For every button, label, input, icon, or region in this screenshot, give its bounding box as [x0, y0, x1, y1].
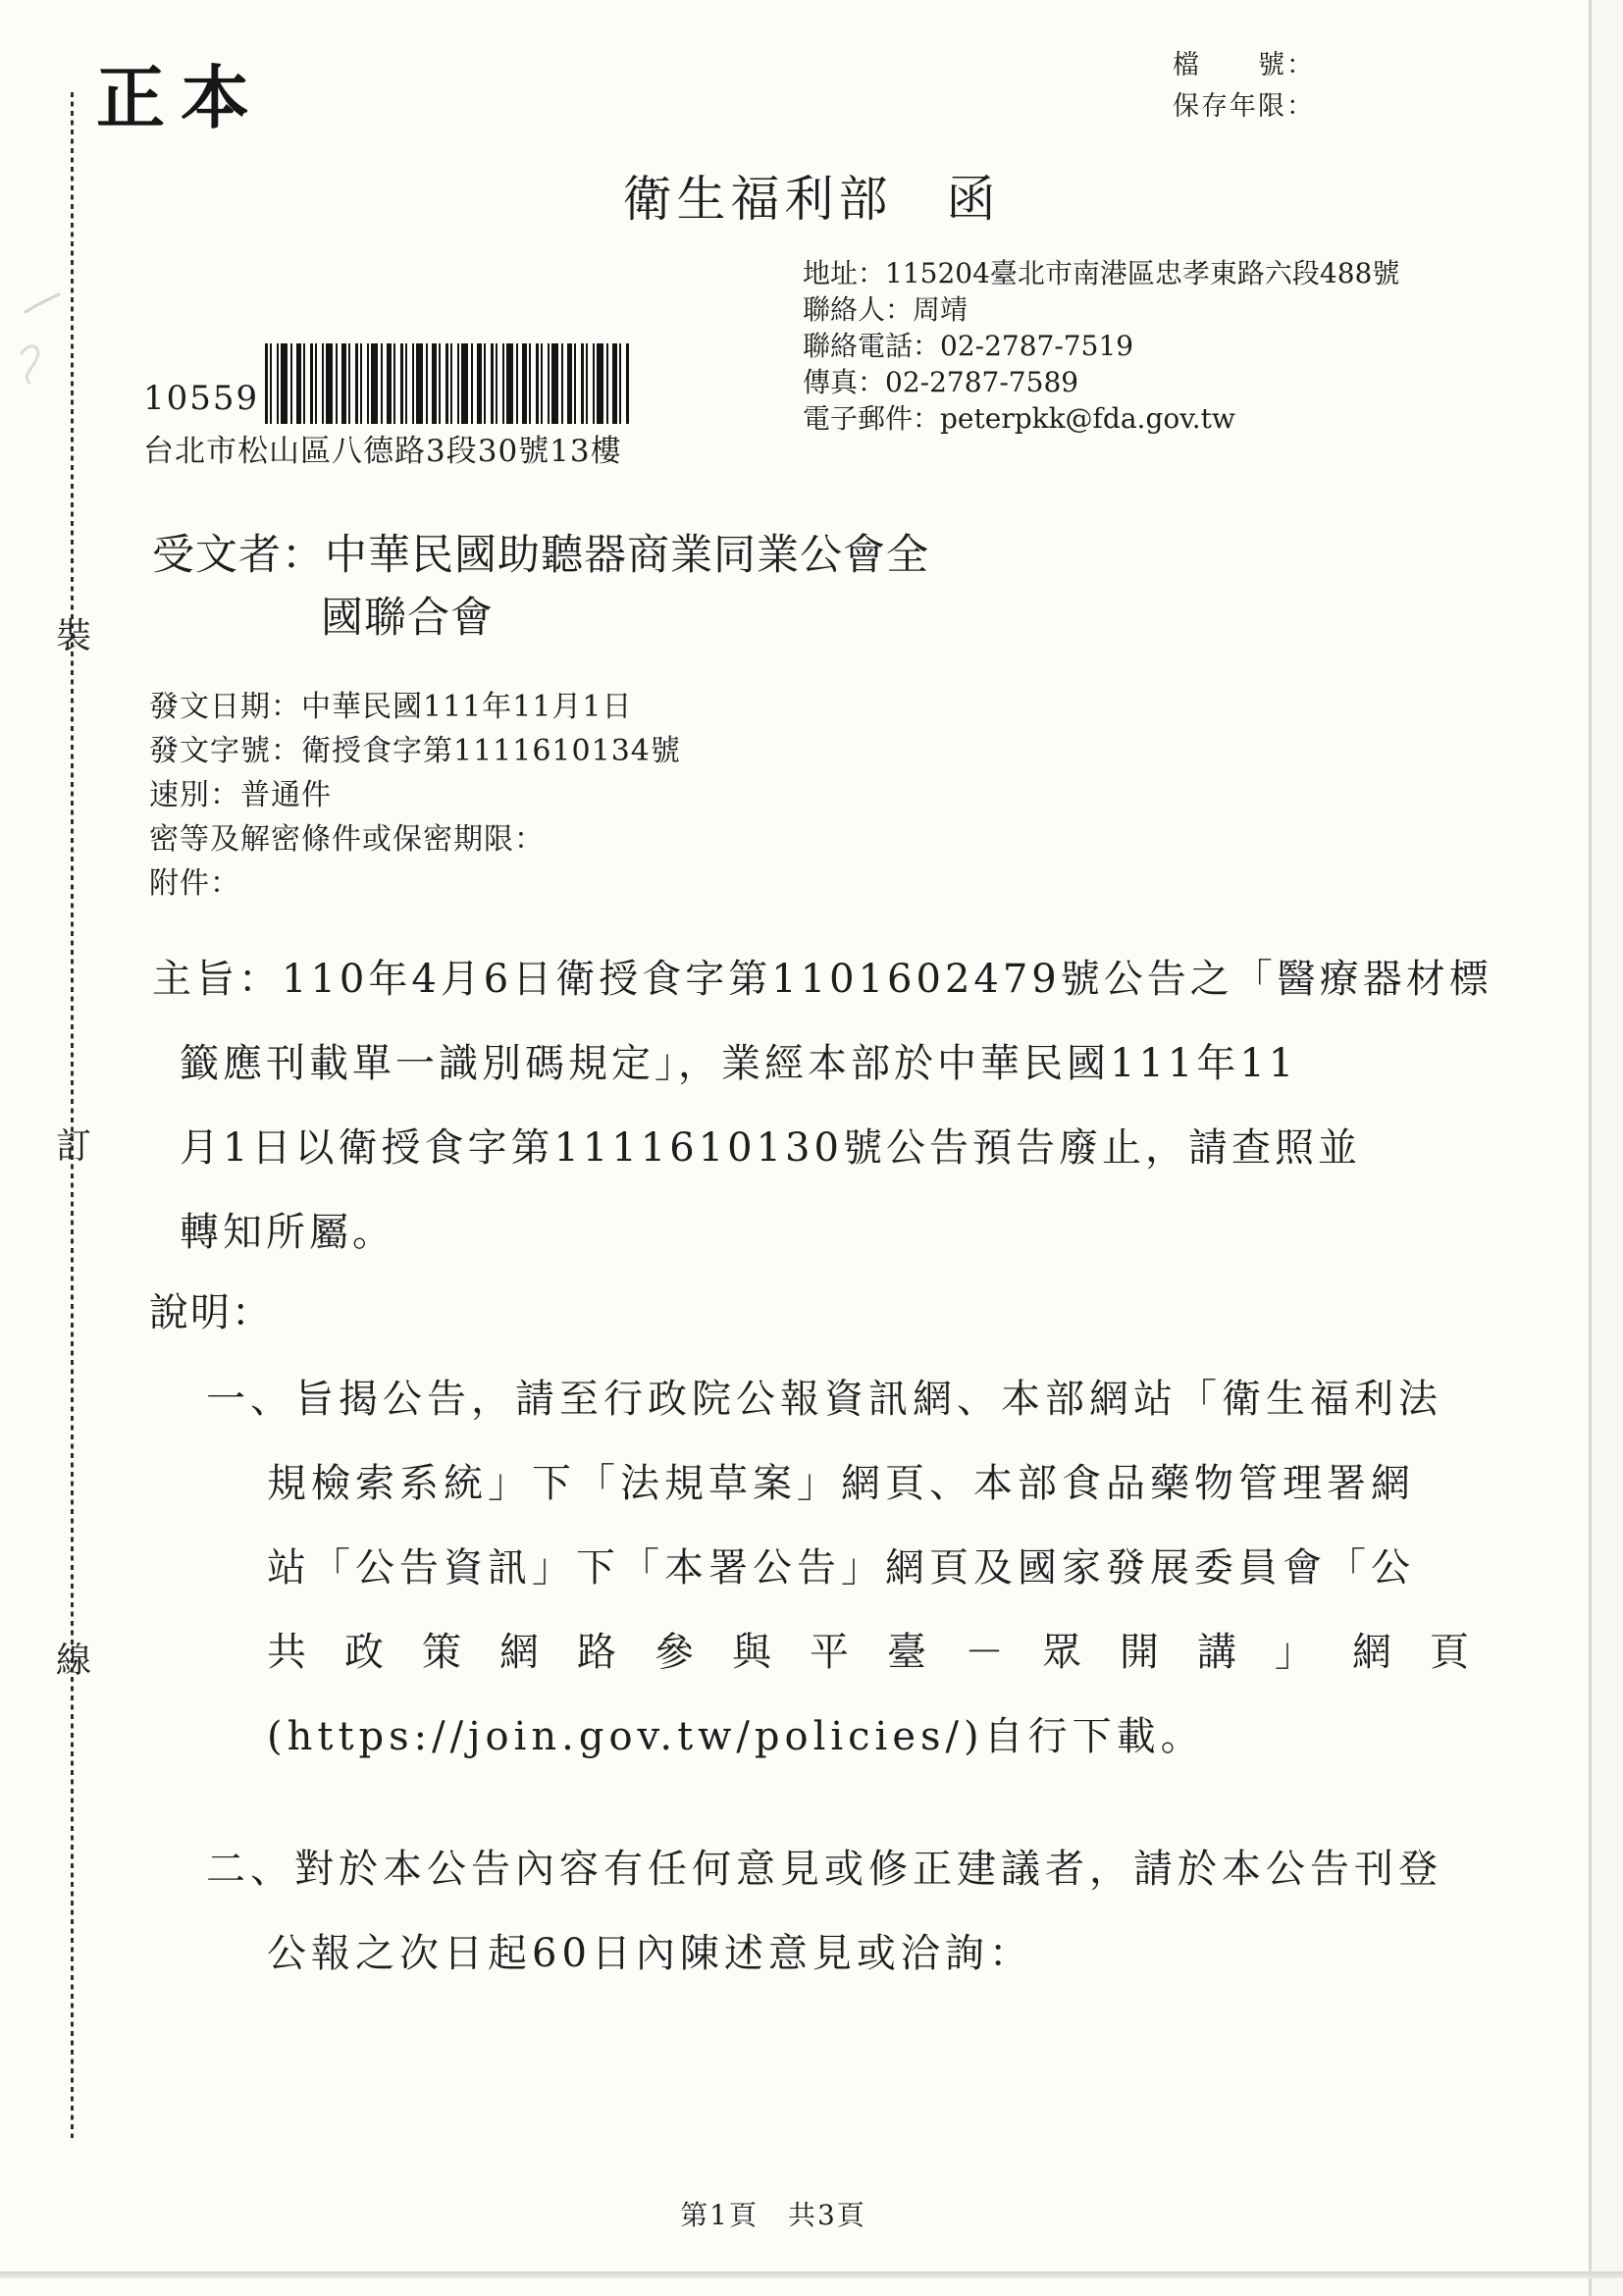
- subject-line: 主旨：110年4月6日衛授食字第1101602479號公告之「醫療器材標: [152, 937, 1526, 1021]
- retention-period-label: 保存年限：: [1173, 86, 1315, 128]
- subject-paragraph: 主旨：110年4月6日衛授食字第1101602479號公告之「醫療器材標 籤應刊…: [152, 937, 1526, 1275]
- document-meta-block: 發文日期：中華民國111年11月1日 發文字號：衛授食字第1111610134號…: [149, 685, 681, 906]
- document-title: 衛生福利部 函: [0, 160, 1623, 231]
- barcode: [265, 343, 630, 424]
- explanation-item-line-url: (https://join.gov.tw/policies/)自行下載。: [206, 1695, 1511, 1779]
- meta-security: 密等及解密條件或保密期限：: [149, 817, 681, 861]
- subject-line: 月1日以衛授食字第1111610130號公告預告廢止，請查照並: [152, 1106, 1526, 1190]
- explanation-item-line-justified: 共政策網路參與平臺－眾開講」網頁: [206, 1610, 1511, 1695]
- page-number-footer: 第1頁 共3頁: [0, 2194, 1585, 2233]
- explanation-item-2: 二、對於本公告內容有任何意見或修正建議者，請於本公告刊登 公報之次日起60日內陳…: [206, 1827, 1511, 1996]
- recipient-line: 受文者：中華民國助聽器商業同業公會全: [152, 524, 929, 587]
- file-number-box: 檔 號： 保存年限：: [1173, 45, 1315, 128]
- pencil-mark: [8, 285, 77, 402]
- explanation-label: 說明：: [149, 1271, 273, 1355]
- recipient-mailing-address: 台北市松山區八德路3段30號13樓: [143, 426, 622, 470]
- margin-char-xian: 線: [54, 1633, 93, 1683]
- recipient-block: 受文者：中華民國助聽器商業同業公會全 國聯合會: [152, 524, 929, 650]
- copy-type-stamp: 正本: [96, 43, 265, 142]
- meta-doc-number: 發文字號：衛授食字第1111610134號: [149, 729, 681, 773]
- explanation-item-line: 一、旨揭公告，請至行政院公報資訊網、本部網站「衛生福利法: [206, 1357, 1511, 1441]
- subject-line: 籤應刊載單一識別碼規定」，業經本部於中華民國111年11: [152, 1021, 1526, 1106]
- sender-contact-person: 聯絡人：周靖: [803, 291, 1399, 328]
- explanation-item-line: 規檢索系統」下「法規草案」網頁、本部食品藥物管理署網: [206, 1441, 1511, 1526]
- scan-edge-bottom-line: [0, 2271, 1623, 2278]
- meta-issue-date: 發文日期：中華民國111年11月1日: [149, 685, 681, 729]
- explanation-item-1: 一、旨揭公告，請至行政院公報資訊網、本部網站「衛生福利法 規檢索系統」下「法規草…: [206, 1357, 1511, 1779]
- explanation-item-line: 站「公告資訊」下「本署公告」網頁及國家發展委員會「公: [206, 1526, 1511, 1610]
- sender-email: 電子郵件：peterpkk@fda.gov.tw: [803, 400, 1399, 437]
- postal-code: 10559: [143, 379, 259, 418]
- file-number-label: 檔 號：: [1173, 45, 1315, 86]
- explanation-item-line: 二、對於本公告內容有任何意見或修正建議者，請於本公告刊登: [206, 1827, 1511, 1911]
- sender-contact-block: 地址：115204臺北市南港區忠孝東路六段488號 聯絡人：周靖 聯絡電話：02…: [803, 255, 1399, 437]
- recipient-line-continued: 國聯合會: [152, 587, 929, 650]
- meta-priority: 速別：普通件: [149, 773, 681, 817]
- sender-fax: 傳真：02-2787-7589: [803, 364, 1399, 400]
- margin-char-zhuang: 裝: [54, 608, 93, 658]
- subject-line: 轉知所屬。: [152, 1190, 1526, 1275]
- sender-address: 地址：115204臺北市南港區忠孝東路六段488號: [803, 255, 1399, 291]
- meta-attachment: 附件：: [149, 861, 681, 906]
- explanation-item-line: 公報之次日起60日內陳述意見或洽詢：: [206, 1911, 1511, 1996]
- margin-char-ding: 訂: [54, 1119, 93, 1169]
- sender-phone: 聯絡電話：02-2787-7519: [803, 328, 1399, 364]
- document-page: 裝 訂 線 正本 檔 號： 保存年限： 衛生福利部 函 地址：115204臺北市…: [0, 0, 1623, 2296]
- scan-edge-strip: [1592, 0, 1623, 2296]
- scan-edge-right-line: [1589, 0, 1592, 2296]
